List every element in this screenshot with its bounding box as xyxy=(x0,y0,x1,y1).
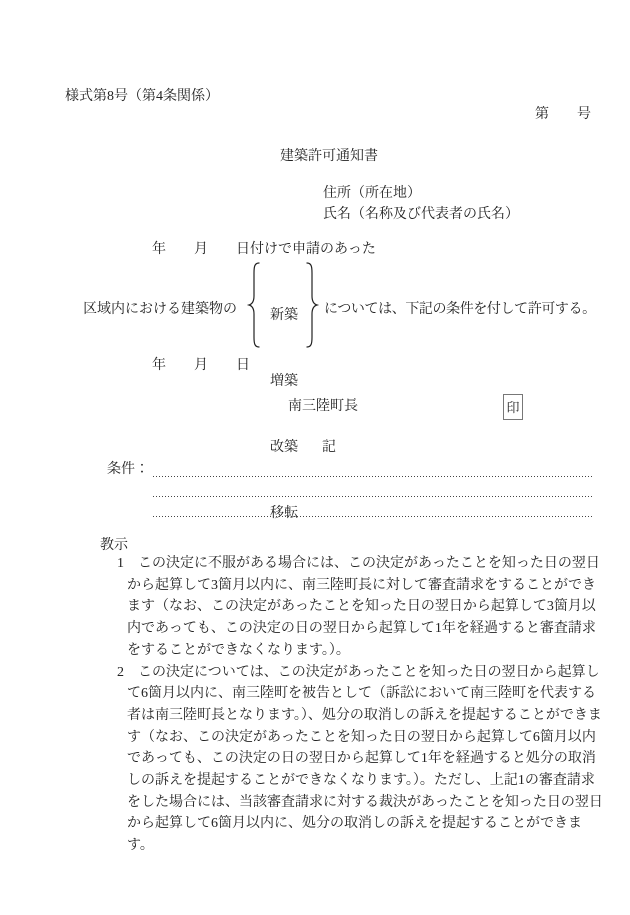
right-brace-icon xyxy=(306,260,320,350)
left-brace-icon xyxy=(246,260,262,350)
note-number-1: 1 xyxy=(117,556,124,571)
notes-list: 1この決定に不服がある場合には、この決定があったことを知った日の翌日から起算して… xyxy=(127,553,604,857)
seal-box: 印 xyxy=(503,394,523,420)
note-text-2: この決定については、この決定があったことを知った日の翌日から起算して6箇月以内に… xyxy=(127,665,603,854)
option-extension: 増築 xyxy=(262,371,306,393)
note-item-2: 2この決定については、この決定があったことを知った日の翌日から起算して6箇月以内… xyxy=(127,662,604,857)
notes-heading: 教示 xyxy=(100,539,128,553)
recipient-address-label: 住所（所在地） xyxy=(323,187,421,201)
building-work-options: 新築 増築 改築 移転 xyxy=(262,261,306,569)
option-relocation: 移転 xyxy=(262,503,306,525)
building-permit-notice-page: 様式第8号（第4条関係） 第 号 建築許可通知書 住所（所在地） 氏名（名称及び… xyxy=(0,0,630,915)
form-number: 様式第8号（第4条関係） xyxy=(65,90,219,104)
condition-blank-line xyxy=(153,516,592,517)
issuer-name: 南三陸町長 xyxy=(288,400,358,414)
option-new-construction: 新築 xyxy=(262,305,306,327)
note-number-2: 2 xyxy=(117,665,124,680)
conditions-label: 条件： xyxy=(107,463,149,477)
building-clause-prefix: 区域内における建築物の xyxy=(83,303,237,317)
note-text-1: この決定に不服がある場合には、この決定があったことを知った日の翌日から起算して3… xyxy=(127,556,600,658)
record-marker: 記 xyxy=(65,441,593,455)
condition-blank-line xyxy=(153,496,592,497)
decision-date-line: 年 月 日 xyxy=(152,359,250,373)
application-date-line: 年 月 日付けで申請のあった xyxy=(152,243,376,257)
condition-blank-line xyxy=(153,476,592,477)
recipient-name-label: 氏名（名称及び代表者の氏名） xyxy=(323,208,519,222)
page-title: 建築許可通知書 xyxy=(65,150,593,164)
note-item-1: 1この決定に不服がある場合には、この決定があったことを知った日の翌日から起算して… xyxy=(127,553,604,662)
document-number: 第 号 xyxy=(535,108,591,122)
building-clause-suffix: については、下記の条件を付して許可する。 xyxy=(324,303,596,317)
